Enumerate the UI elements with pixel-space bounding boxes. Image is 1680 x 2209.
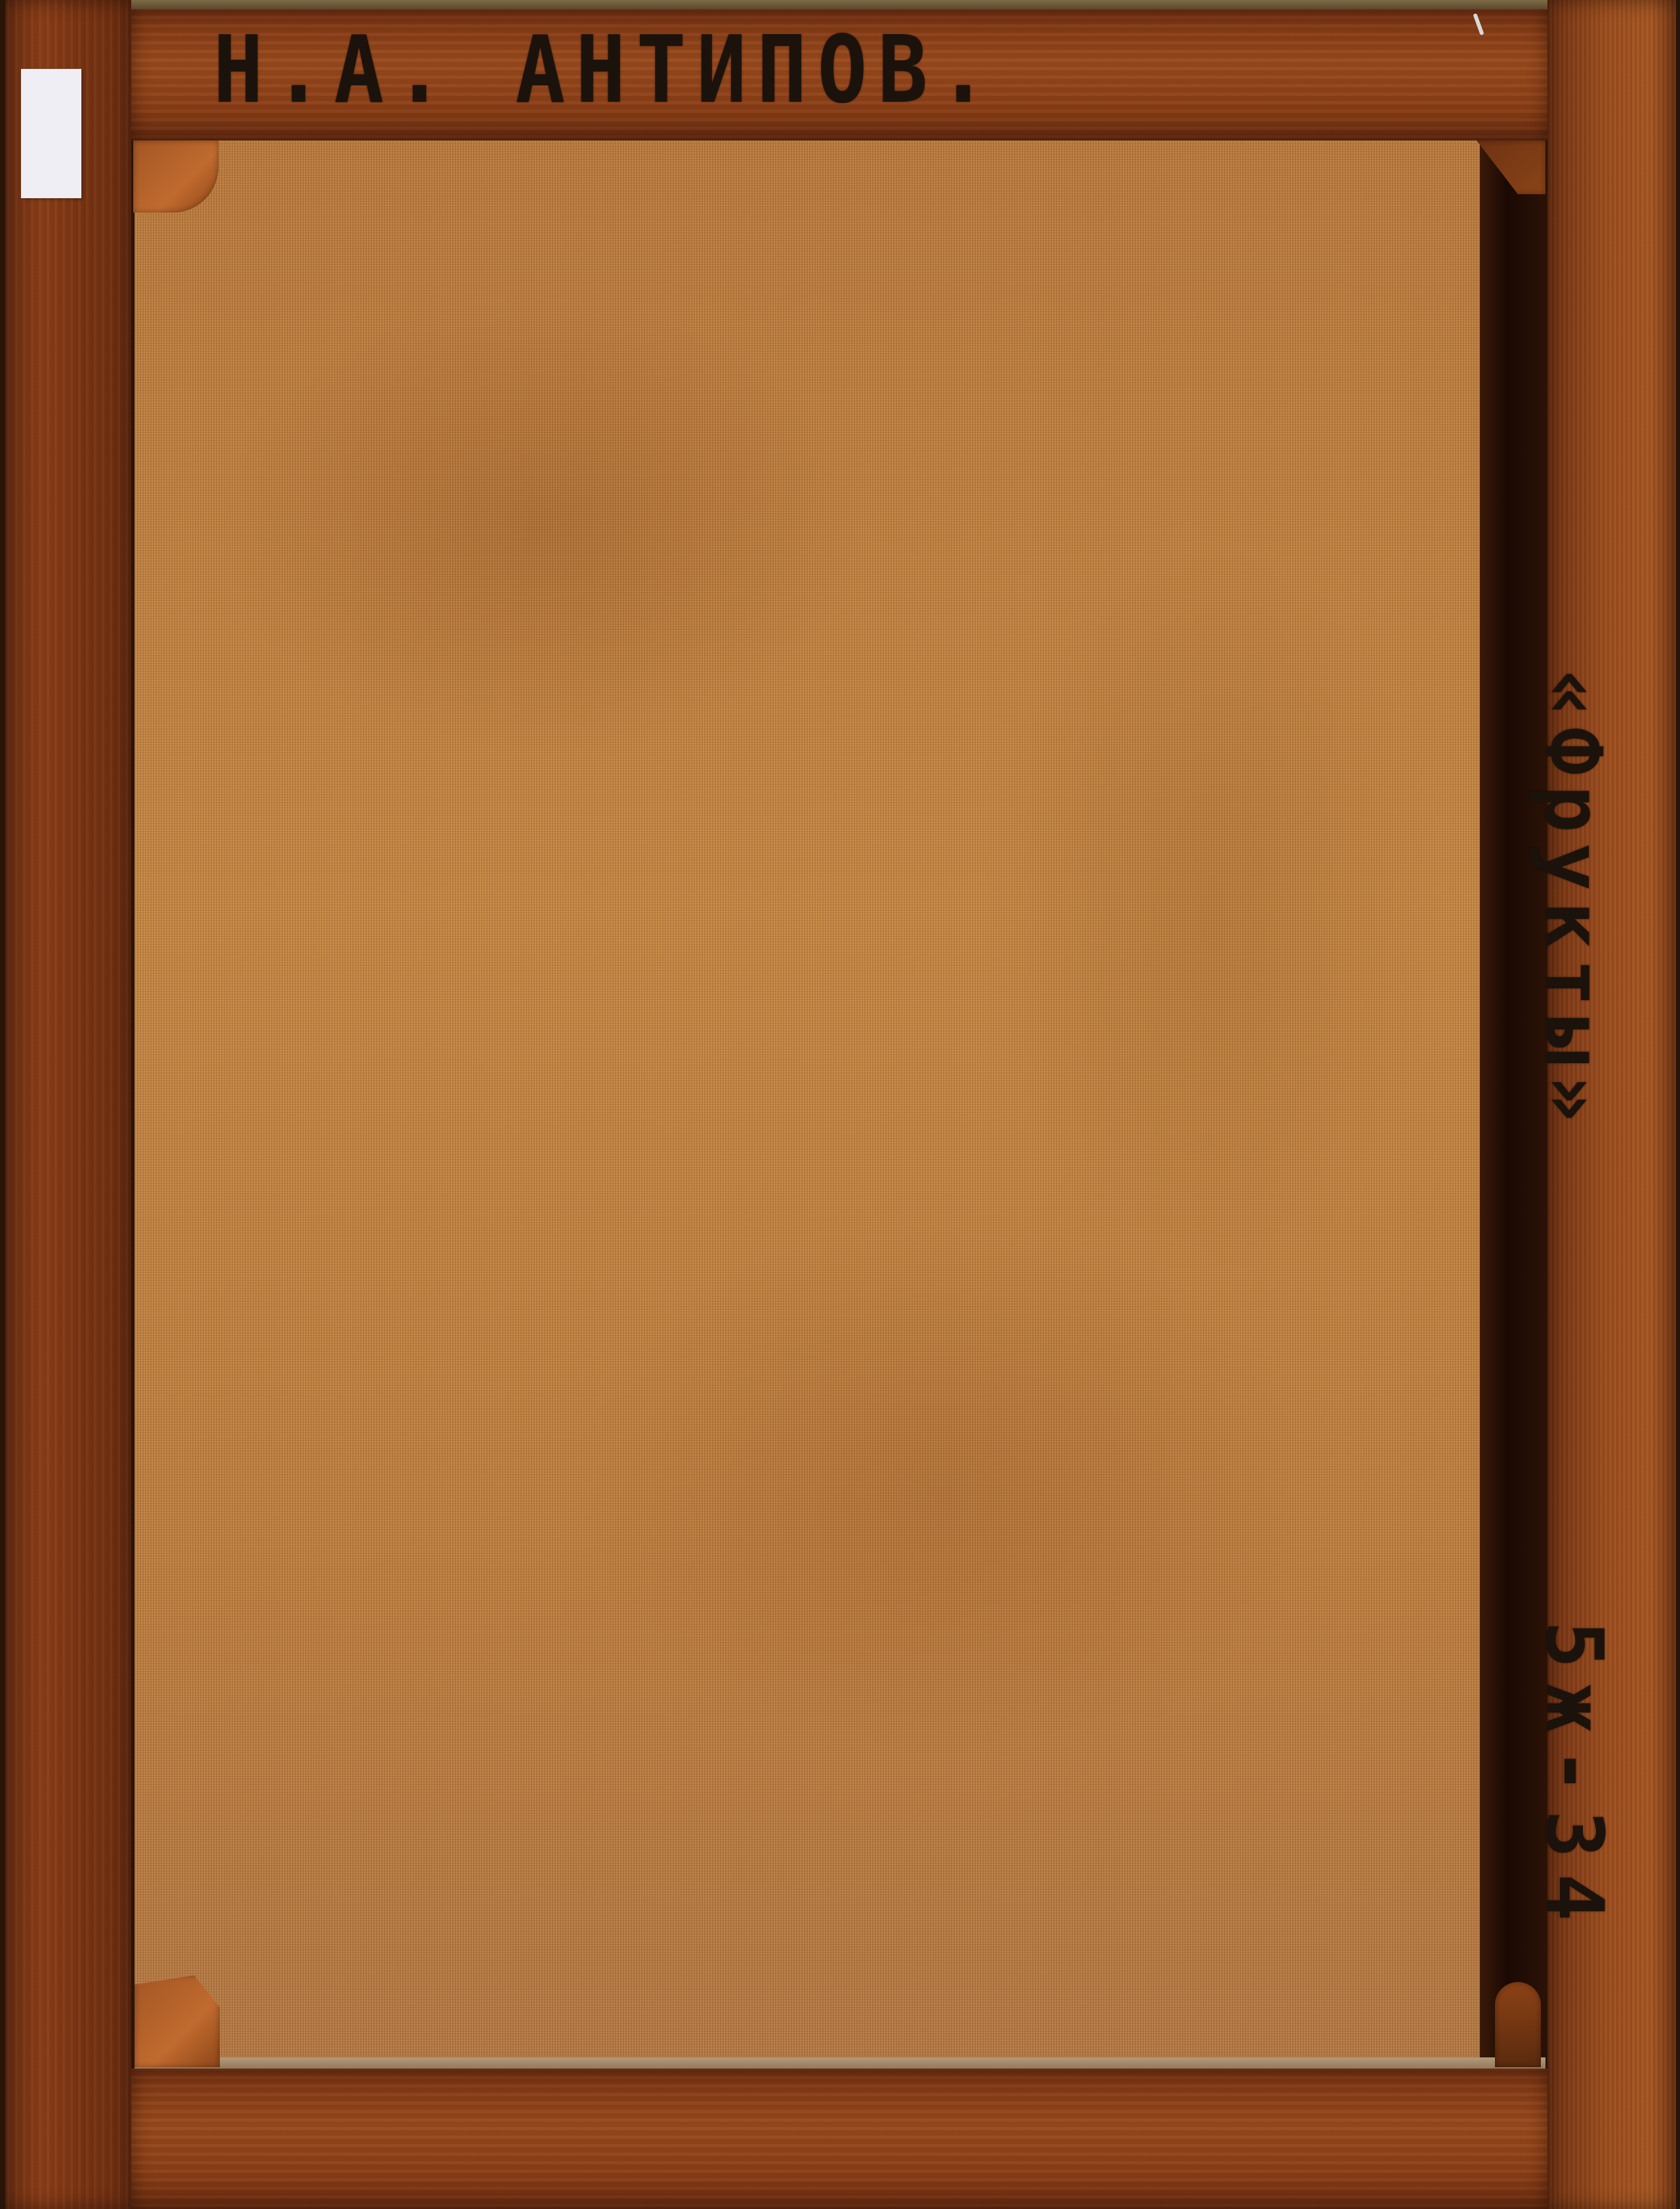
title-inscription: «Фрукты»: [1533, 669, 1612, 1133]
canvas-back: [135, 140, 1482, 2069]
label-sticker: [21, 69, 81, 198]
canvas-stretcher-back: Н.А. АНТИПОВ. «Фрукты» 5ж-34: [0, 0, 1680, 2209]
corner-key-bottom-right: [1495, 1982, 1541, 2067]
stretcher-bar-bottom: [131, 2069, 1547, 2209]
artist-name-inscription: Н.А. АНТИПОВ.: [213, 25, 999, 117]
catalog-code-inscription: 5ж-34: [1534, 1621, 1613, 1937]
stretcher-bar-left: [5, 0, 131, 2209]
